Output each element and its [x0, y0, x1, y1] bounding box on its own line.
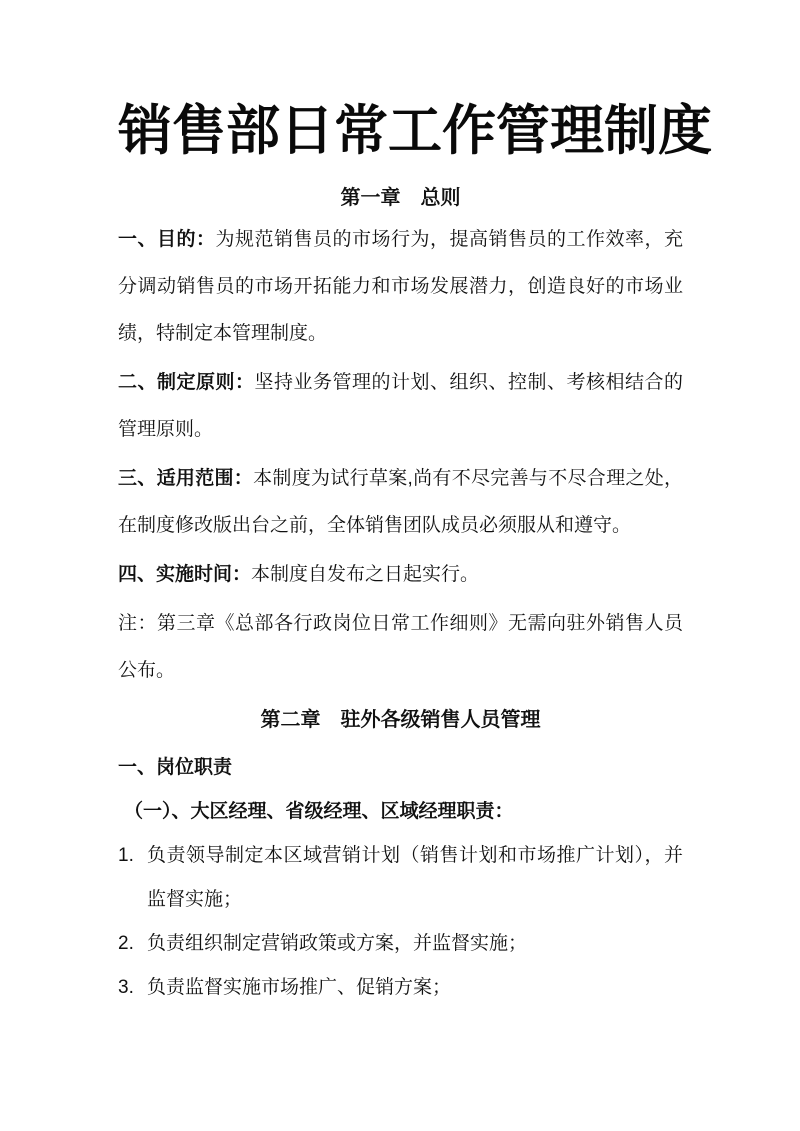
- section-heading-position-duties: 一、岗位职责: [118, 746, 683, 790]
- duty-item-3-number: 3.: [118, 966, 147, 1010]
- duty-list: 1. 负责领导制定本区域营销计划（销售计划和市场推广计划），并监督实施； 2. …: [118, 834, 683, 1010]
- paragraph-scope-label: 三、适用范围：: [118, 468, 253, 489]
- paragraph-principles: 二、制定原则：坚持业务管理的计划、组织、控制、考核相结合的管理原则。: [118, 359, 683, 453]
- paragraph-principles-label: 二、制定原则：: [118, 372, 255, 393]
- duty-item-3: 3. 负责监督实施市场推广、促销方案；: [118, 966, 683, 1010]
- paragraph-purpose-label: 一、目的：: [118, 229, 216, 250]
- document-page: 销售部日常工作管理制度 第一章 总则 一、目的：为规范销售员的市场行为，提高销售…: [0, 0, 800, 1131]
- document-title: 销售部日常工作管理制度: [118, 96, 683, 166]
- subsection-heading-manager-duties: （一）、大区经理、省级经理、区域经理职责：: [118, 790, 683, 834]
- duty-item-2-number: 2.: [118, 922, 147, 966]
- duty-item-3-text: 负责监督实施市场推广、促销方案；: [147, 966, 683, 1010]
- paragraph-purpose: 一、目的：为规范销售员的市场行为，提高销售员的工作效率，充分调动销售员的市场开拓…: [118, 216, 683, 357]
- duty-item-2: 2. 负责组织制定营销政策或方案，并监督实施；: [118, 922, 683, 966]
- paragraph-effective-date-label: 四、实施时间：: [118, 564, 251, 585]
- chapter-2-heading: 第二章 驻外各级销售人员管理: [118, 706, 683, 734]
- duty-item-1-number: 1.: [118, 834, 147, 922]
- duty-item-2-text: 负责组织制定营销政策或方案，并监督实施；: [147, 922, 683, 966]
- chapter-1-heading: 第一章 总则: [118, 184, 683, 212]
- note-paragraph: 注：第三章《总部各行政岗位日常工作细则》无需向驻外销售人员公布。: [118, 600, 683, 694]
- duty-item-1-text: 负责领导制定本区域营销计划（销售计划和市场推广计划），并监督实施；: [147, 834, 683, 922]
- paragraph-effective-date-text: 本制度自发布之日起实行。: [251, 564, 479, 585]
- paragraph-scope: 三、适用范围：本制度为试行草案,尚有不尽完善与不尽合理之处，在制度修改版出台之前…: [118, 455, 683, 549]
- paragraph-effective-date: 四、实施时间：本制度自发布之日起实行。: [118, 551, 683, 598]
- duty-item-1: 1. 负责领导制定本区域营销计划（销售计划和市场推广计划），并监督实施；: [118, 834, 683, 922]
